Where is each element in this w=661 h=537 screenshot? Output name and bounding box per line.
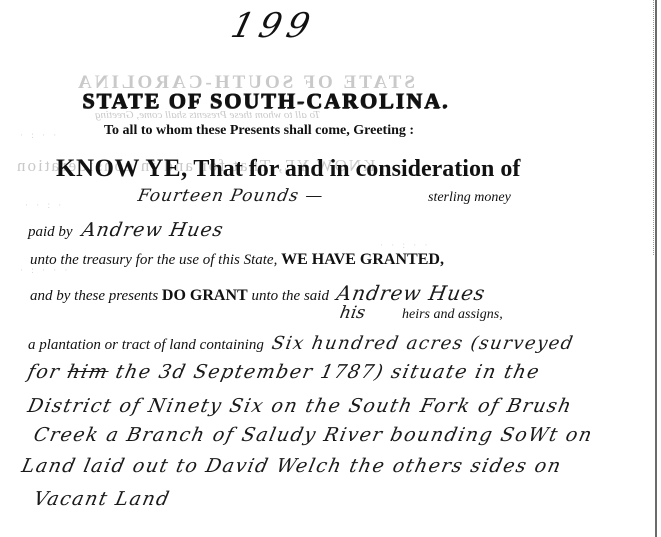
struck-word: him — [65, 361, 111, 383]
description-text: Land laid out to David Welch the others … — [20, 455, 564, 477]
description-line-1: for him the 3d September 1787) situate i… — [26, 361, 543, 383]
description-line-2: District of Ninety Six on the South Fork… — [26, 395, 575, 417]
description-line-3: Creek a Branch of Saludy River bounding … — [32, 424, 595, 446]
speckle-noise: · · : · — [25, 200, 64, 210]
paid-by-name: Andrew Hues — [80, 219, 225, 241]
page-edge-border — [655, 0, 657, 537]
description-text: the 3d September 1787) situate in the — [106, 361, 542, 383]
page-edge-dotted — [653, 0, 655, 255]
heirs-line: his — [340, 303, 365, 323]
description-line-5: Vacant Land — [32, 488, 173, 510]
heirs-assigns-label: heirs and assigns, — [402, 307, 503, 323]
consideration-text: That for and in consideration of — [193, 156, 520, 182]
treasury-text: unto the treasury for the use of this St… — [30, 252, 277, 268]
amount-handwritten: Fourteen Pounds — — [136, 186, 325, 206]
unto-said-text: unto the said — [251, 288, 329, 304]
description-text: Creek a Branch of Saludy River bounding … — [32, 424, 595, 446]
state-title: STATE OF SOUTH-CAROLINA. — [82, 88, 449, 114]
paid-by-line: paid by Andrew Hues — [28, 219, 224, 241]
paid-by-label: paid by — [28, 224, 73, 240]
speckle-noise: · : · · — [20, 130, 59, 140]
presents-line: and by these presents DO GRANT unto the … — [30, 281, 485, 305]
plantation-line: a plantation or tract of land containing… — [28, 333, 574, 354]
we-have-granted: WE HAVE GRANTED, — [281, 251, 444, 268]
description-text: for — [26, 361, 70, 383]
amount-line: Fourteen Pounds — — [138, 186, 323, 206]
speckle-noise: · · : · · — [380, 240, 431, 250]
description-text: Vacant Land — [32, 488, 173, 510]
plantation-text: a plantation or tract of land containing — [28, 337, 264, 353]
description-line-4: Land laid out to David Welch the others … — [20, 455, 564, 477]
greeting-line: To all to whom these Presents shall come… — [104, 123, 414, 139]
know-ye-caps: KNOW YE, — [56, 155, 188, 182]
page-number: 199 — [227, 6, 320, 46]
treasury-line: unto the treasury for the use of this St… — [30, 251, 444, 269]
sterling-label: sterling money — [428, 190, 511, 206]
do-grant: DO GRANT — [162, 287, 248, 304]
presents-text: and by these presents — [30, 288, 158, 304]
his-handwritten: his — [338, 303, 367, 323]
know-ye-line: KNOW YE, That for and in consideration o… — [56, 155, 520, 183]
acreage-handwritten: Six hundred acres (surveyed — [270, 333, 576, 354]
document-page: 199 STATE OF SOUTH-CAROLINA To all to wh… — [0, 0, 661, 537]
description-text: District of Ninety Six on the South Fork… — [26, 395, 575, 417]
grantee-name: Andrew Hues — [335, 281, 488, 305]
